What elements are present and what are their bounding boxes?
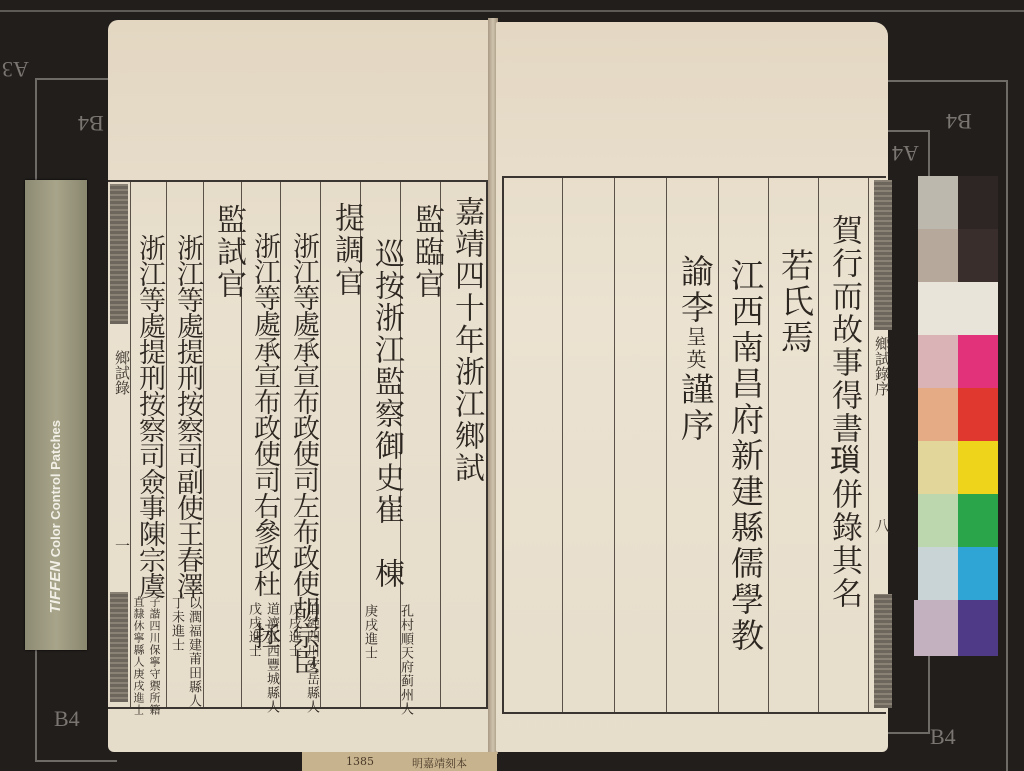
patch-peach	[918, 388, 958, 441]
mat-label-a3: A3	[2, 56, 29, 82]
right-margin-strip-bottom	[874, 594, 892, 708]
official-note: 庚戌進士	[362, 604, 376, 660]
catalog-number: 1385	[346, 755, 374, 768]
official-note: 伯純四川安岳縣人	[304, 602, 318, 714]
patch-cyan	[958, 547, 998, 600]
official-note: 以潤福建莆田縣人	[186, 596, 200, 708]
heading-examiner: 監試官	[206, 204, 250, 300]
official-cui-dong: 巡按浙江監察御史崔 棟	[364, 238, 408, 590]
col-rule	[868, 178, 869, 712]
tiffen-ruler: TIFFEN Color Control Patches	[25, 180, 87, 650]
patch-cream	[918, 441, 958, 494]
official-note: 子諧四川保寧守禦所籍	[148, 596, 160, 716]
preface-signature: 諭李呈英謹序	[672, 254, 719, 444]
right-page-frame: 賀行而故事得書𤨏併錄其名 若氏焉 江西南昌府新建縣儒學教 諭李呈英謹序 鄉試錄序…	[502, 176, 886, 714]
patch-dark-brown	[958, 229, 998, 282]
catalog-tag: 1385 明嘉靖刻本	[302, 752, 497, 771]
col-rule	[666, 178, 667, 712]
heading-supervisor: 監臨官	[404, 204, 448, 300]
left-margin-strip-top	[110, 184, 128, 324]
ruler-brand: TIFFEN	[47, 561, 64, 614]
color-calibration-chart	[918, 176, 998, 656]
mat-label-b4-bottom-right: B4	[930, 724, 956, 750]
mat-label-a4: A4	[892, 140, 919, 166]
patch-gray-light	[918, 176, 958, 229]
patch-red	[958, 388, 998, 441]
patch-yellow	[958, 441, 998, 494]
patch-white	[918, 282, 998, 335]
catalog-label: 明嘉靖刻本	[412, 755, 467, 771]
patch-green	[958, 494, 998, 547]
mat-label-b4-top-right: B4	[946, 108, 972, 134]
official-note: 丁未進士	[169, 596, 183, 652]
col-rule	[562, 178, 563, 712]
patch-black	[958, 176, 998, 229]
official-note: 戊戌進士	[286, 602, 300, 658]
right-page-number: 八	[872, 518, 893, 533]
signature-name: 呈英	[683, 326, 707, 372]
official-chen-zongyu: 浙江等處提刑按察司僉事陳宗虞	[130, 234, 169, 598]
mat-label-b4-bottom-left: B4	[54, 706, 80, 732]
patch-pink-light	[918, 335, 958, 388]
exam-title: 嘉靖四十年浙江鄉試	[444, 196, 488, 484]
right-margin-strip-top	[874, 180, 892, 330]
official-du-zheng: 浙江等處承宣布政使司右參政杜 拯	[245, 232, 284, 648]
patch-ice	[918, 547, 958, 600]
preface-line-3: 江西南昌府新建縣儒學教	[722, 258, 769, 654]
patch-mint	[918, 494, 958, 547]
official-wang-chunze: 浙江等處提刑按察司副使王春澤	[168, 234, 207, 598]
mat-label-b4-top-left: B4	[78, 110, 104, 136]
col-rule	[614, 178, 615, 712]
left-page-frame: 鄉試錄 一 嘉靖四十年浙江鄉試 監臨官 巡按浙江監察御史崔 棟 孔村順天府蓟州人…	[108, 180, 488, 709]
right-margin-label: 鄉試錄序	[872, 336, 893, 396]
signature-closing: 謹序	[676, 372, 715, 444]
official-note: 道濟江西豐城縣人	[264, 602, 278, 714]
left-margin-strip-bottom	[110, 592, 128, 702]
official-note: 孔村順天府蓟州人	[398, 604, 412, 716]
ruler-title: Color Control Patches	[48, 420, 63, 557]
preface-line-2: 若氏焉	[772, 248, 819, 356]
official-note: 戊戌進士	[246, 602, 260, 658]
patch-purple	[958, 600, 998, 656]
patch-magenta	[958, 335, 998, 388]
patch-gray-warm	[918, 229, 958, 282]
left-page: 鄉試錄 一 嘉靖四十年浙江鄉試 監臨官 巡按浙江監察御史崔 棟 孔村順天府蓟州人…	[108, 20, 490, 752]
right-page: 賀行而故事得書𤨏併錄其名 若氏焉 江西南昌府新建縣儒學教 諭李呈英謹序 鄉試錄序…	[496, 22, 888, 752]
signature-title: 諭李	[676, 254, 715, 326]
patch-lavender	[914, 600, 958, 656]
preface-line-1: 賀行而故事得書𤨏併錄其名	[822, 214, 867, 610]
ruler-brand-text: TIFFEN Color Control Patches	[47, 420, 64, 613]
official-note: 直隸休寧縣人庚戌進士	[132, 596, 144, 716]
heading-coordinator: 提調官	[324, 202, 368, 298]
